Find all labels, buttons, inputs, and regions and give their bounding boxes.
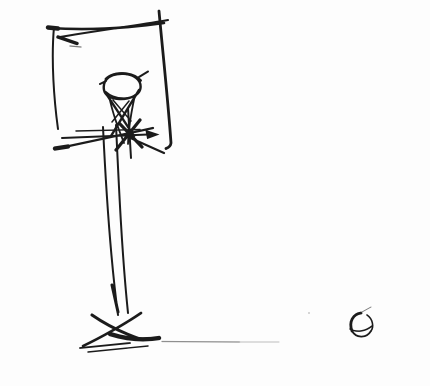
ball-inner-curl [350,326,372,331]
pole-right-line [116,125,128,313]
ball-left-arc [351,313,361,331]
base-diagonal-up [83,313,141,346]
net-bottom-diagonal [126,136,164,153]
basketball-hoop-sketch [0,0,430,386]
paper-speck [308,312,310,314]
backboard-left-edge [53,27,58,129]
rim-flick-right [139,72,148,78]
pole [103,125,128,315]
ball-bottom-arc [352,331,371,337]
pole-left-line [103,127,118,315]
sketch-page [0,0,430,386]
net [105,90,164,158]
backboard-corner-flick [58,37,77,44]
ground-shadow-line [162,312,310,342]
rim-top-overdraw [106,74,141,81]
backboard-arrowhead [146,131,158,139]
shadow-line-dark [162,342,240,343]
ball-top-tail [362,307,371,312]
backboard [48,11,171,149]
ball [350,307,373,337]
backboard-right-edge [159,11,171,149]
backboard-faint-dash [70,46,81,47]
base [80,313,159,352]
backboard-bottom-blob [55,147,68,149]
